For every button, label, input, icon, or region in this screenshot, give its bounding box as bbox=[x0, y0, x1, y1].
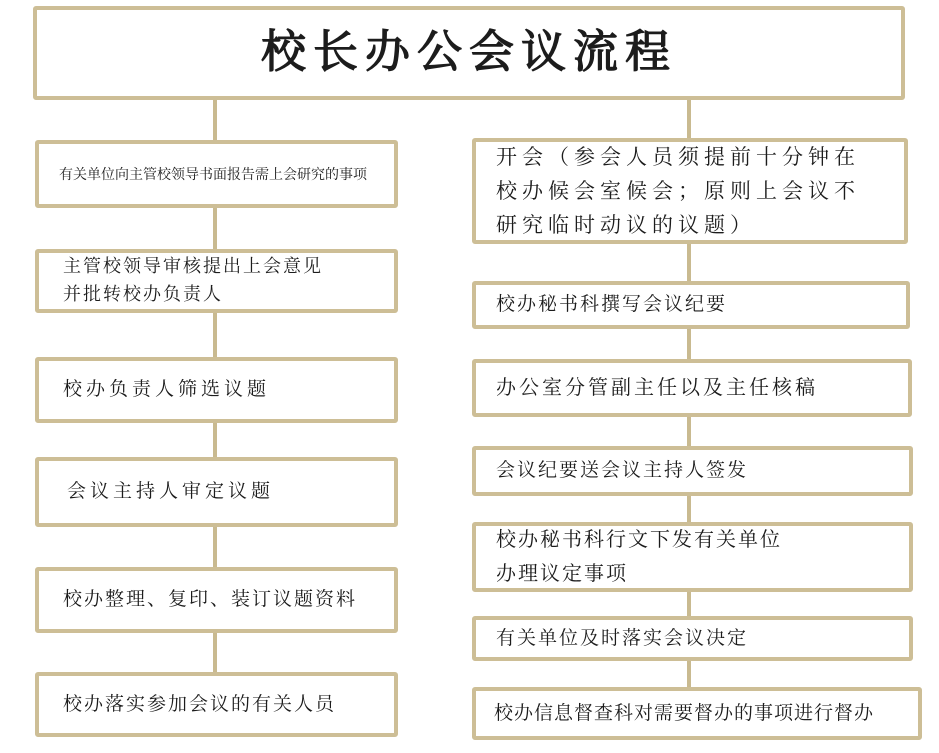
flow-step-screen-topics: 校办负责人筛选议题 bbox=[35, 357, 398, 423]
flow-step-confirm-attendees: 校办落实参加会议的有关人员 bbox=[35, 672, 398, 737]
flow-step-implement-decisions: 有关单位及时落实会议决定 bbox=[472, 616, 913, 661]
flow-step-prepare-materials: 校办整理、复印、装订议题资料 bbox=[35, 567, 398, 633]
connector-line bbox=[687, 589, 691, 618]
connector-line bbox=[687, 414, 691, 448]
flow-step-issue-documents: 校办秘书科行文下发有关单位 办理议定事项 bbox=[472, 522, 913, 592]
connector-line bbox=[687, 96, 691, 140]
flow-step-review-draft: 办公室分管副主任以及主任核稿 bbox=[472, 359, 912, 417]
connector-line bbox=[687, 492, 691, 524]
flow-step-supervise-items: 校办信息督查科对需要督办的事项进行督办 bbox=[472, 687, 922, 740]
connector-line bbox=[213, 419, 217, 459]
flow-step-sign-minutes: 会议纪要送会议主持人签发 bbox=[472, 446, 913, 496]
flow-step-write-minutes: 校办秘书科撰写会议纪要 bbox=[472, 281, 910, 329]
flowchart-canvas: 校长办公会议流程 有关单位向主管校领导书面报告需上会研究的事项 主管校领导审核提… bbox=[0, 0, 939, 753]
flowchart-title: 校长办公会议流程 bbox=[33, 6, 905, 100]
connector-line bbox=[687, 657, 691, 689]
connector-line bbox=[213, 524, 217, 569]
connector-line bbox=[687, 240, 691, 283]
connector-line bbox=[687, 325, 691, 361]
connector-line bbox=[213, 310, 217, 359]
flow-step-leader-review: 主管校领导审核提出上会意见 并批转校办负责人 bbox=[35, 249, 398, 313]
connector-line bbox=[213, 98, 217, 142]
connector-line bbox=[213, 630, 217, 674]
flow-step-approve-topics: 会议主持人审定议题 bbox=[35, 457, 398, 527]
flow-step-report-matters: 有关单位向主管校领导书面报告需上会研究的事项 bbox=[35, 140, 398, 208]
flow-step-hold-meeting: 开会（参会人员须提前十分钟在 校办候会室候会；原则上会议不 研究临时动议的议题） bbox=[472, 138, 908, 244]
connector-line bbox=[213, 206, 217, 251]
